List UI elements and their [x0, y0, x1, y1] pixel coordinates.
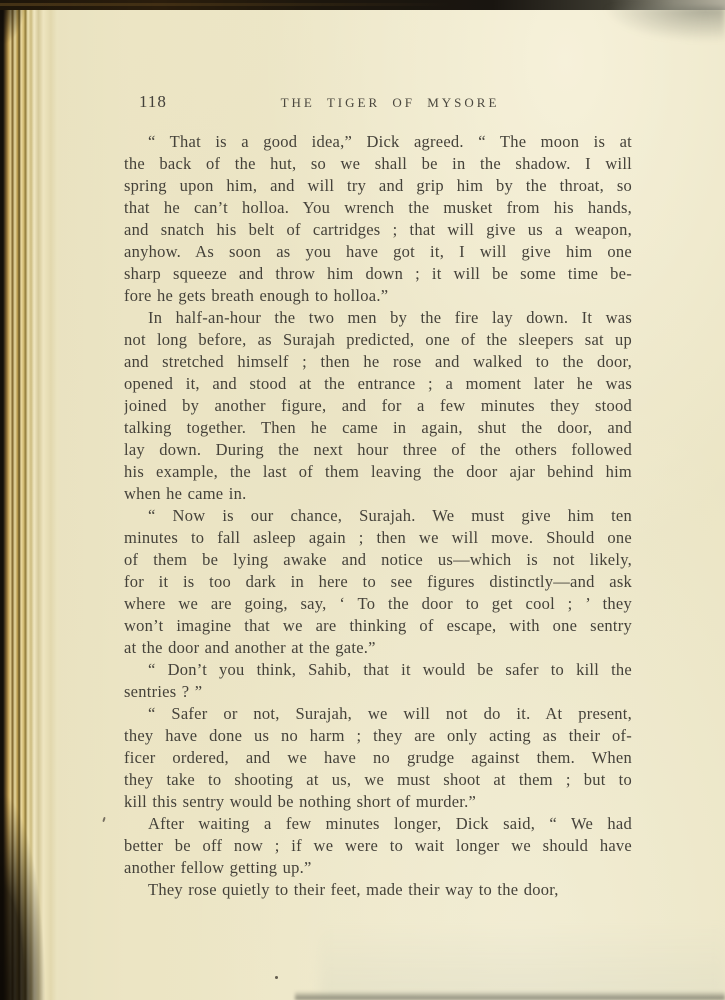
text-line: they take to shooting at us, we must sho… [124, 769, 632, 791]
ink-speck [275, 976, 278, 979]
text-line: another fellow getting up.” [124, 857, 632, 879]
text-line: the back of the hut, so we shall be in t… [124, 153, 632, 175]
book-bottom-edge [295, 991, 725, 1000]
text-line: lay down. During the next hour three of … [124, 439, 632, 461]
text-line: kill this sentry would be nothing short … [124, 791, 632, 813]
text-line: talking together. Then he came in again,… [124, 417, 632, 439]
text-line: After waiting a few minutes longer, Dick… [124, 813, 632, 835]
text-line: where we are going, say, ‘ To the door t… [124, 593, 632, 615]
paragraph: “ Safer or not, Surajah, we will not do … [124, 703, 632, 813]
text-line: anyhow. As soon as you have got it, I wi… [124, 241, 632, 263]
text-line: “ Safer or not, Surajah, we will not do … [124, 703, 632, 725]
text-line: not long before, as Surajah predicted, o… [124, 329, 632, 351]
body-text: “ That is a good idea,” Dick agreed. “ T… [124, 131, 632, 901]
text-line: In half-an-hour the two men by the fire … [124, 307, 632, 329]
text-line: minutes to fall asleep again ; then we w… [124, 527, 632, 549]
text-line: “ Don’t you think, Sahib, that it would … [124, 659, 632, 681]
paragraph: They rose quietly to their feet, made th… [124, 879, 632, 901]
text-line: for it is too dark in here to see figure… [124, 571, 632, 593]
running-title: THE TIGER OF MYSORE [148, 95, 632, 111]
text-line: “ Now is our chance, Surajah. We must gi… [124, 505, 632, 527]
text-line: that he can’t holloa. You wrench the mus… [124, 197, 632, 219]
paragraph: “ Don’t you think, Sahib, that it would … [124, 659, 632, 703]
ink-speck [102, 817, 105, 822]
text-line: at the door and another at the gate.” [124, 637, 632, 659]
text-line: spring upon him, and will try and grip h… [124, 175, 632, 197]
paragraph: In half-an-hour the two men by the fire … [124, 307, 632, 505]
text-line: won’t imagine that we are thinking of es… [124, 615, 632, 637]
text-line: fore he gets breath enough to holloa.” [124, 285, 632, 307]
text-line: and snatch his belt of cartridges ; that… [124, 219, 632, 241]
text-line: “ That is a good idea,” Dick agreed. “ T… [124, 131, 632, 153]
printed-area: 118 THE TIGER OF MYSORE “ That is a good… [124, 92, 632, 901]
text-line: They rose quietly to their feet, made th… [124, 879, 632, 901]
text-line: of them be lying awake and notice us—whi… [124, 549, 632, 571]
page-corner-shadow [595, 7, 725, 45]
text-line: opened it, and stood at the entrance ; a… [124, 373, 632, 395]
text-line: sentries ? ” [124, 681, 632, 703]
text-line: joined by another figure, and for a few … [124, 395, 632, 417]
bottom-page-curl [320, 925, 725, 995]
paragraph: “ That is a good idea,” Dick agreed. “ T… [124, 131, 632, 307]
text-line: better be off now ; if we were to wait l… [124, 835, 632, 857]
text-line: when he came in. [124, 483, 632, 505]
text-line: they have done us no harm ; they are onl… [124, 725, 632, 747]
text-line: sharp squeeze and throw him down ; it wi… [124, 263, 632, 285]
text-line: and stretched himself ; then he rose and… [124, 351, 632, 373]
running-header: 118 THE TIGER OF MYSORE [124, 92, 632, 114]
paragraph: After waiting a few minutes longer, Dick… [124, 813, 632, 879]
text-line: ficer ordered, and we have no grudge aga… [124, 747, 632, 769]
paragraph: “ Now is our chance, Surajah. We must gi… [124, 505, 632, 659]
binding-shadow-bottom [0, 790, 46, 1000]
book-page-scan: 118 THE TIGER OF MYSORE “ That is a good… [0, 0, 725, 1000]
text-line: his example, the last of them leaving th… [124, 461, 632, 483]
